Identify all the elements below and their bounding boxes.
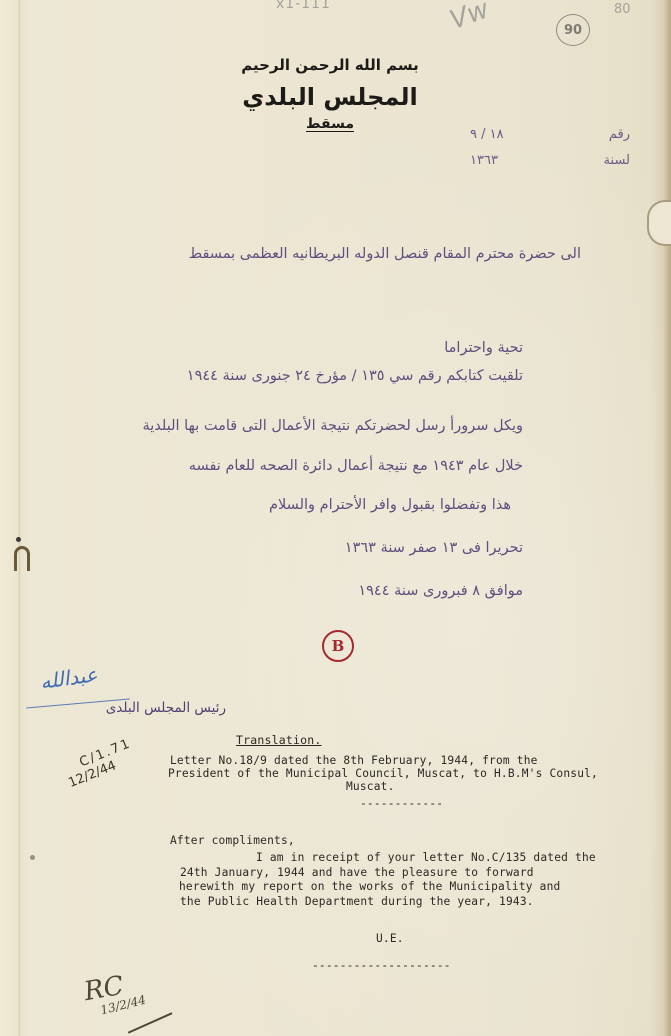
translation-salutation: After compliments, [170,834,295,847]
arabic-body-line-1: تلقيت كتابكم رقم سي ١٣٥ / مؤرخ ٢٤ جنورى … [187,368,523,384]
organization-name: المجلس البلدي [230,84,430,110]
archive-pencil-mark: x1-111 [276,0,331,12]
binder-tab-notch [647,200,671,246]
folio-corner-number: 80 [614,2,631,17]
reference-number-row: رقم ١٨ / ٩ [470,122,630,148]
reference-number-value: ١٨ / ٩ [470,122,504,148]
punch-hole-mark [16,537,21,542]
punch-hole-mark-lower [30,855,35,860]
translation-intro-line-1: Letter No.18/9 dated the 8th February, 1… [170,754,538,767]
reference-year-label: لسنة [604,148,630,174]
arabic-address-line: الى حضرة محترم المقام قنصل الدوله البريط… [189,246,581,262]
initials-underline [128,1012,172,1033]
reference-number-label: رقم [609,122,630,148]
translation-body-line-2: 24th January, 1944 and have the pleasure… [180,866,534,879]
pencil-scribble: Vw [446,0,493,36]
translation-heading: Translation. [236,733,321,747]
page-edge [664,0,671,1036]
registry-note: C/1.71 12/2/44 [53,736,139,794]
arabic-greeting: تحية واحتراما [444,340,523,356]
signatory-title: رئيس المجلس البلدى [106,700,226,716]
arabic-date-hijri: تحريرا فى ١٣ صفر سنة ١٣٦٣ [345,540,523,556]
translation-intro-line-3: Muscat. [346,780,395,793]
separator-long: -------------------- [312,959,451,972]
handwritten-initials-note: RC 13/2/44 [84,972,146,1012]
translation-body-line-1: I am in receipt of your letter No.C/135 … [256,851,596,864]
basmala: بسم الله الرحمن الرحيم [230,56,430,74]
folio-number-circled: 90 [556,14,590,46]
stamp-mark: B [332,637,345,655]
arabic-body-line-4: هذا وتفضلوا بقبول وافر الأحترام والسلام [269,497,511,513]
red-circle-stamp: B [322,630,354,662]
folio-number: 90 [564,23,582,38]
document-page: x1-111 Vw 90 80 بسم الله الرحمن الرحيم ا… [0,0,671,1036]
arabic-body-line-3: خلال عام ١٩٤٣ مع نتيجة أعمال دائرة الصحه… [189,458,523,474]
translation-body-line-4: the Public Health Department during the … [180,895,534,908]
handwritten-signature: عبدالله [39,662,99,694]
reference-block: رقم ١٨ / ٩ لسنة ١٣٦٣ [470,122,630,174]
city-name: مسقط [230,116,430,132]
arabic-date-gregorian: موافق ٨ فبرورى سنة ١٩٤٤ [358,583,523,599]
binding-crease [18,0,21,1036]
punch-hole [14,546,30,571]
letterhead: بسم الله الرحمن الرحيم المجلس البلدي مسق… [230,56,430,132]
translation-intro-line-2: President of the Municipal Council, Musc… [168,767,598,780]
arabic-body-line-2: ويكل سرورأ رسل لحضرتكم نتيجة الأعمال الت… [142,418,523,434]
reference-year-value: ١٣٦٣ [470,148,498,174]
separator-short: ------------ [360,797,443,810]
translation-closing: U.E. [376,932,404,945]
reference-year-row: لسنة ١٣٦٣ [470,148,630,174]
translation-body-line-3: herewith my report on the works of the M… [179,880,560,893]
